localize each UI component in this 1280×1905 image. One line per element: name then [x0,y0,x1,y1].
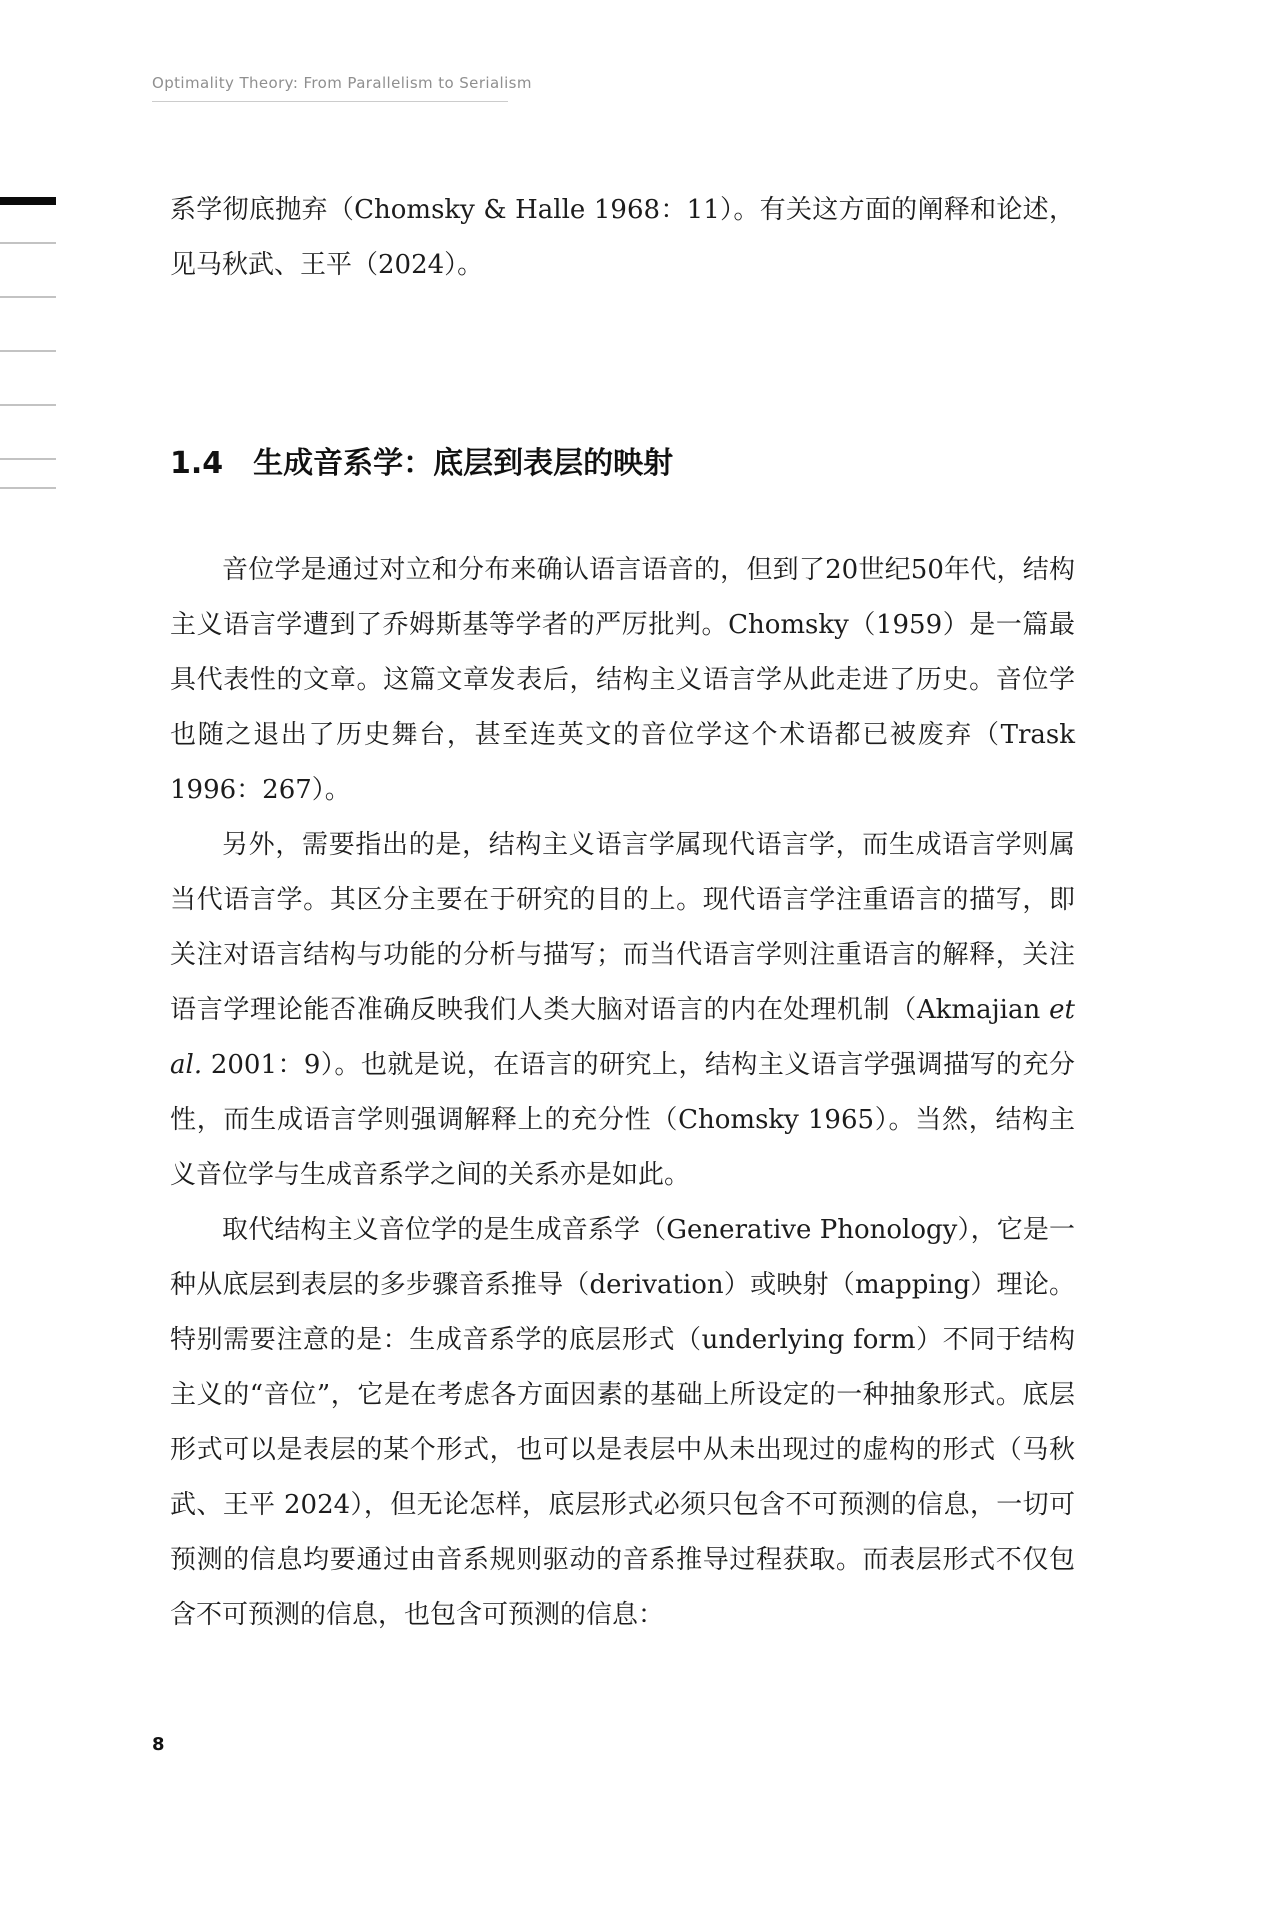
margin-mark [0,458,56,460]
paragraph-phonemics: 音位学是通过对立和分布来确认语言语音的，但到了20世纪50年代，结构主义语言学遭… [170,543,1075,818]
section-title: 生成音系学：底层到表层的映射 [253,446,673,481]
paragraph-continuation: 系学彻底抛弃（Chomsky & Halle 1968：11）。有关这方面的阐释… [170,183,1075,293]
margin-mark [0,404,56,406]
paragraph-segment: 另外，需要指出的是，结构主义语言学属现代语言学，而生成语言学则属当代语言学。其区… [170,830,1075,1025]
page-number: 8 [152,1734,165,1755]
margin-mark [0,487,56,489]
paragraph-modern-vs-contemporary: 另外，需要指出的是，结构主义语言学属现代语言学，而生成语言学则属当代语言学。其区… [170,818,1075,1203]
margin-mark [0,350,56,352]
running-header: Optimality Theory: From Parallelism to S… [152,74,508,102]
margin-mark [0,242,56,244]
paragraph-segment: 2001：9）。也就是说，在语言的研究上，结构主义语言学强调描写的充分性，而生成… [170,1050,1075,1190]
section-number: 1.4 [170,439,223,489]
margin-mark-thick [0,197,56,205]
section-heading: 1.4生成音系学：底层到表层的映射 [170,439,1075,489]
page-body: 系学彻底抛弃（Chomsky & Halle 1968：11）。有关这方面的阐释… [170,183,1075,1643]
margin-mark [0,296,56,298]
paragraph-generative-phonology: 取代结构主义音位学的是生成音系学（Generative Phonology），它… [170,1203,1075,1643]
book-page: Optimality Theory: From Parallelism to S… [0,0,1280,1905]
